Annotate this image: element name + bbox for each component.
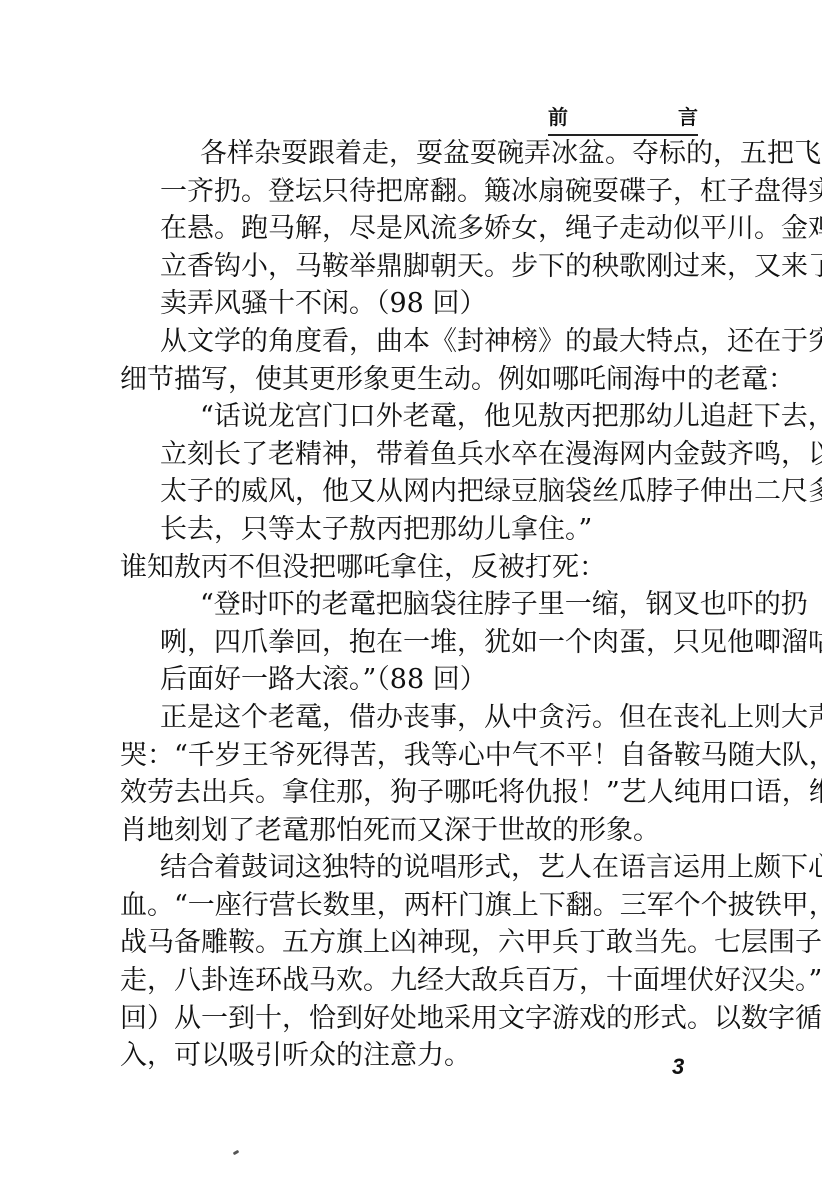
scan-speck [233,1150,240,1156]
page-number: 3 [672,1054,684,1080]
text-line: 立刻长了老精神，带着鱼兵水卒在漫海网内金鼓齐鸣，以助 [120,436,698,474]
text-line: 各样杂耍跟着走，耍盆耍碗弄冰盆。夺标的，五把飞刀 [120,135,698,173]
text-line: 后面好一路大滚。”（88 回） [120,661,698,699]
prose-quote: “话说龙宫门口外老鼋，他见敖丙把那幼儿追赶下去， 立刻长了老精神，带着鱼兵水卒在… [120,398,698,548]
text-line: 回）从一到十，恰到好处地采用文字游戏的形式。以数字循序引 [120,1000,698,1038]
body-paragraph: 结合着鼓词这独特的说唱形式，艺人在语言运用上颇下心 血。“一座行营长数里，两杆门… [120,849,698,1075]
prose-quote: “登时吓的老鼋把脑袋往脖子里一缩，钢叉也吓的扔 咧，四爪拳回，抱在一堆，犹如一个… [120,586,698,699]
text-line: 肖地刻划了老鼋那怕死而又深于世故的形象。 [120,812,698,850]
text-line: 一齐扔。登坛只待把席翻。簸冰扇碗耍碟子，杠子盘得实 [120,173,698,211]
text-line: 卖弄风骚十不闲。（98 回） [120,285,698,323]
text-line: 咧，四爪拳回，抱在一堆，犹如一个肉蛋，只见他唧溜咕噜往 [120,624,698,662]
text-line: 太子的威风，他又从网内把绿豆脑袋丝瓜脖子伸出二尺多 [120,473,698,511]
text-line: 细节描写，使其更形象更生动。例如哪吒闹海中的老鼋： [120,361,698,399]
text-line: 入，可以吸引听众的注意力。 [120,1037,698,1075]
text-line: 长去，只等太子敖丙把那幼儿拿住。” [120,511,698,549]
verse-quote: 各样杂耍跟着走，耍盆耍碗弄冰盆。夺标的，五把飞刀 一齐扔。登坛只待把席翻。簸冰扇… [120,135,698,323]
text-line: 效劳去出兵。拿住那，狗子哪吒将仇报！”艺人纯用口语，维妙维 [120,774,698,812]
body-paragraph: 谁知敖丙不但没把哪吒拿住，反被打死： [120,549,698,587]
page-body: 各样杂耍跟着走，耍盆耍碗弄冰盆。夺标的，五把飞刀 一齐扔。登坛只待把席翻。簸冰扇… [120,135,698,1075]
header-left-char: 前 [548,104,568,130]
text-line: 走，八卦连环战马欢。九经大敌兵百万，十面埋伏好汉尖。”（211 [120,962,698,1000]
body-paragraph: 从文学的角度看，曲本《封神榜》的最大特点，还在于突出了 细节描写，使其更形象更生… [120,323,698,398]
text-line: “话说龙宫门口外老鼋，他见敖丙把那幼儿追赶下去， [120,398,698,436]
text-line: 谁知敖丙不但没把哪吒拿住，反被打死： [120,549,698,587]
text-line: 在悬。跑马解，尽是风流多娇女，绳子走动似平川。金鸡独 [120,210,698,248]
text-line: 哭：“千岁王爷死得苦，我等心中气不平！自备鞍马随大队，情愿 [120,737,698,775]
text-line: 立香钩小，马鞍举鼎脚朝天。步下的秧歌刚过来，又来了， [120,248,698,286]
text-line: “登时吓的老鼋把脑袋往脖子里一缩，钢叉也吓的扔 [120,586,698,624]
header-right-char: 言 [678,104,698,130]
text-line: 结合着鼓词这独特的说唱形式，艺人在语言运用上颇下心 [120,849,698,887]
body-paragraph: 正是这个老鼋，借办丧事，从中贪污。但在丧礼上则大声嚎 哭：“千岁王爷死得苦，我等… [120,699,698,849]
running-header: 前 言 [548,104,698,136]
text-line: 血。“一座行营长数里，两杆门旗上下翻。三军个个披铁甲，四营 [120,887,698,925]
text-line: 正是这个老鼋，借办丧事，从中贪污。但在丧礼上则大声嚎 [120,699,698,737]
text-line: 战马备雕鞍。五方旗上凶神现，六甲兵丁敢当先。七层围子朝前 [120,924,698,962]
text-line: 从文学的角度看，曲本《封神榜》的最大特点，还在于突出了 [120,323,698,361]
